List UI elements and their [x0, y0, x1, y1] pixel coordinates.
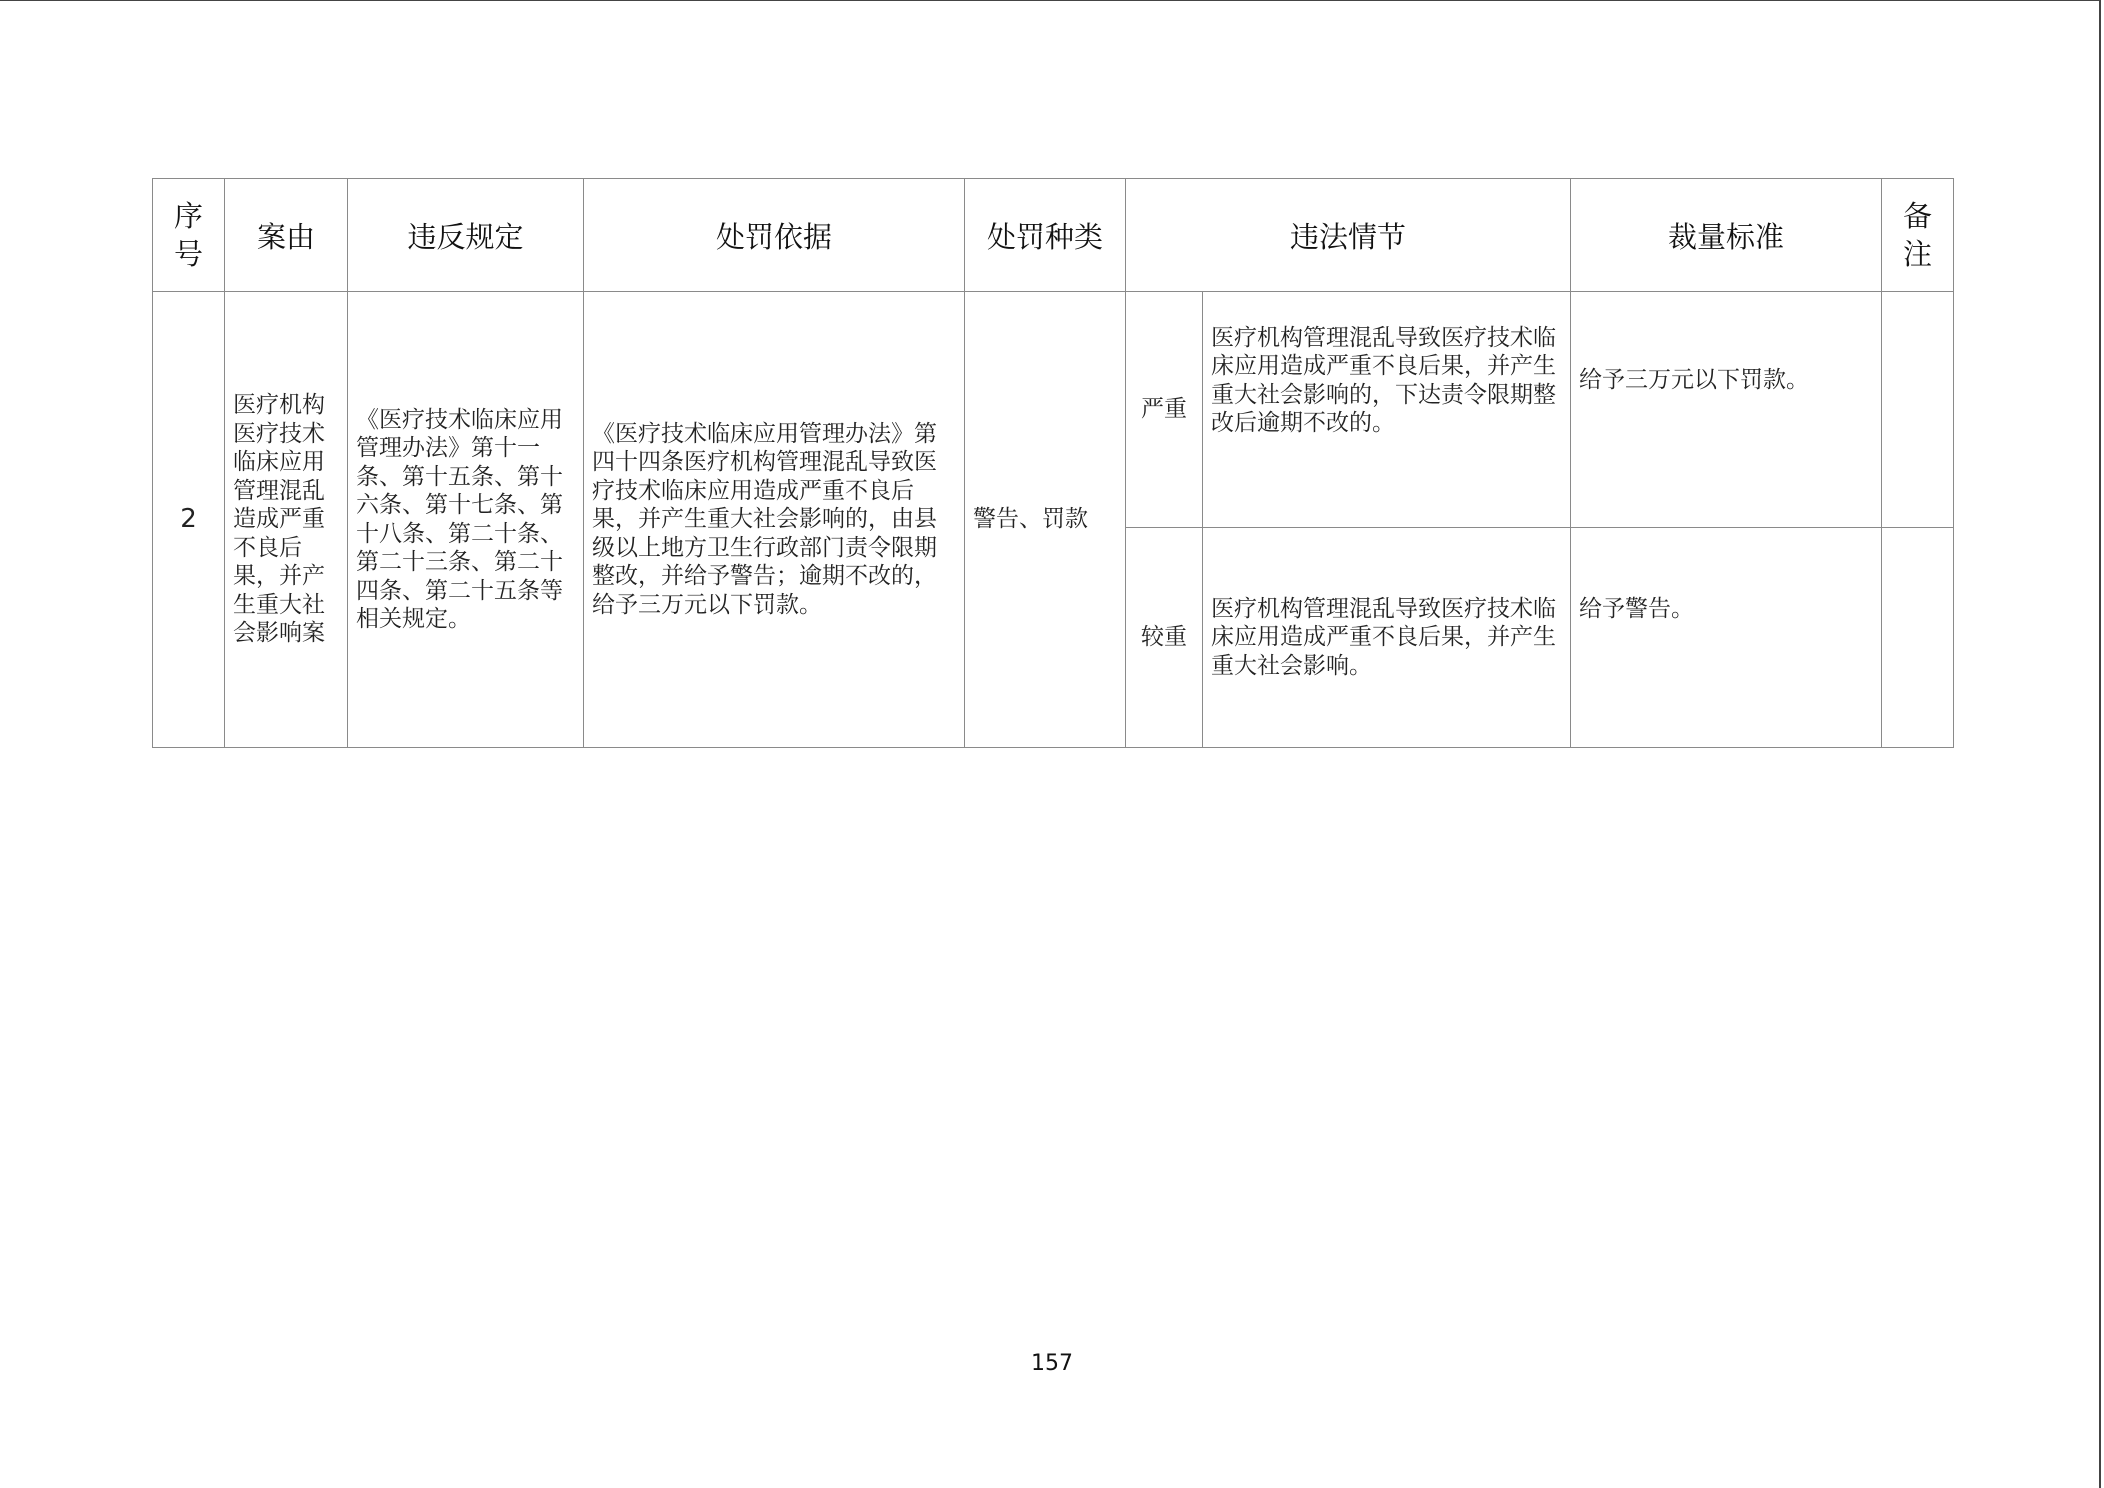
cell-circumstance-serious: 医疗机构管理混乱导致医疗技术临床应用造成严重不良后果，并产生重大社会影响。: [1203, 528, 1571, 748]
cell-remarks-serious: [1882, 528, 1954, 748]
header-seq-line1: 序: [153, 197, 224, 235]
table-row: 2 医疗机构医疗技术临床应用管理混乱造成严重不良后果，并产生重大社会影响案 《医…: [153, 292, 1954, 528]
cell-penalty-type: 警告、罚款: [965, 292, 1126, 748]
cell-level-serious: 较重: [1126, 528, 1203, 748]
cell-seq: 2: [153, 292, 225, 748]
header-circumstances: 违法情节: [1126, 179, 1571, 292]
circumstance-serious-text: 医疗机构管理混乱导致医疗技术临床应用造成严重不良后果，并产生重大社会影响。: [1203, 595, 1570, 681]
header-remarks: 备 注: [1882, 179, 1954, 292]
case-text: 医疗机构医疗技术临床应用管理混乱造成严重不良后果，并产生重大社会影响案: [225, 391, 347, 648]
cell-remarks-severe: [1882, 292, 1954, 528]
header-row: 序 号 案由 违反规定 处罚依据 处罚种类 违法情节 裁量标准 备 注: [153, 179, 1954, 292]
cell-penalty-basis: 《医疗技术临床应用管理办法》第四十四条医疗机构管理混乱导致医疗技术临床应用造成严…: [584, 292, 965, 748]
header-remarks-line1: 备: [1882, 197, 1953, 235]
penalty-basis-text: 《医疗技术临床应用管理办法》第四十四条医疗机构管理混乱导致医疗技术临床应用造成严…: [584, 420, 964, 620]
standard-serious-text: 给予警告。: [1571, 595, 1881, 680]
header-penalty-type: 处罚种类: [965, 179, 1126, 292]
penalty-discretion-table: 序 号 案由 违反规定 处罚依据 处罚种类 违法情节 裁量标准 备 注 2 医疗…: [152, 178, 1954, 748]
header-case: 案由: [225, 179, 348, 292]
header-remarks-line2: 注: [1882, 235, 1953, 273]
standard-severe-text: 给予三万元以下罚款。: [1571, 366, 1881, 453]
header-violated-rule: 违反规定: [348, 179, 584, 292]
cell-case: 医疗机构医疗技术临床应用管理混乱造成严重不良后果，并产生重大社会影响案: [225, 292, 348, 748]
circumstance-severe-text: 医疗机构管理混乱导致医疗技术临床应用造成严重不良后果，并产生重大社会影响的，下达…: [1203, 324, 1570, 496]
header-seq: 序 号: [153, 179, 225, 292]
document-page: 序 号 案由 违反规定 处罚依据 处罚种类 违法情节 裁量标准 备 注 2 医疗…: [0, 0, 2101, 1488]
page-number: 157: [0, 1351, 2104, 1376]
cell-circumstance-severe: 医疗机构管理混乱导致医疗技术临床应用造成严重不良后果，并产生重大社会影响的，下达…: [1203, 292, 1571, 528]
violated-rule-text: 《医疗技术临床应用管理办法》第十一条、第十五条、第十六条、第十七条、第十八条、第…: [348, 406, 583, 634]
header-seq-line2: 号: [153, 235, 224, 273]
penalty-type-text: 警告、罚款: [965, 505, 1125, 534]
header-penalty-basis: 处罚依据: [584, 179, 965, 292]
cell-level-severe: 严重: [1126, 292, 1203, 528]
cell-standard-severe: 给予三万元以下罚款。: [1571, 292, 1882, 528]
cell-standard-serious: 给予警告。: [1571, 528, 1882, 748]
cell-violated-rule: 《医疗技术临床应用管理办法》第十一条、第十五条、第十六条、第十七条、第十八条、第…: [348, 292, 584, 748]
header-discretion-standard: 裁量标准: [1571, 179, 1882, 292]
